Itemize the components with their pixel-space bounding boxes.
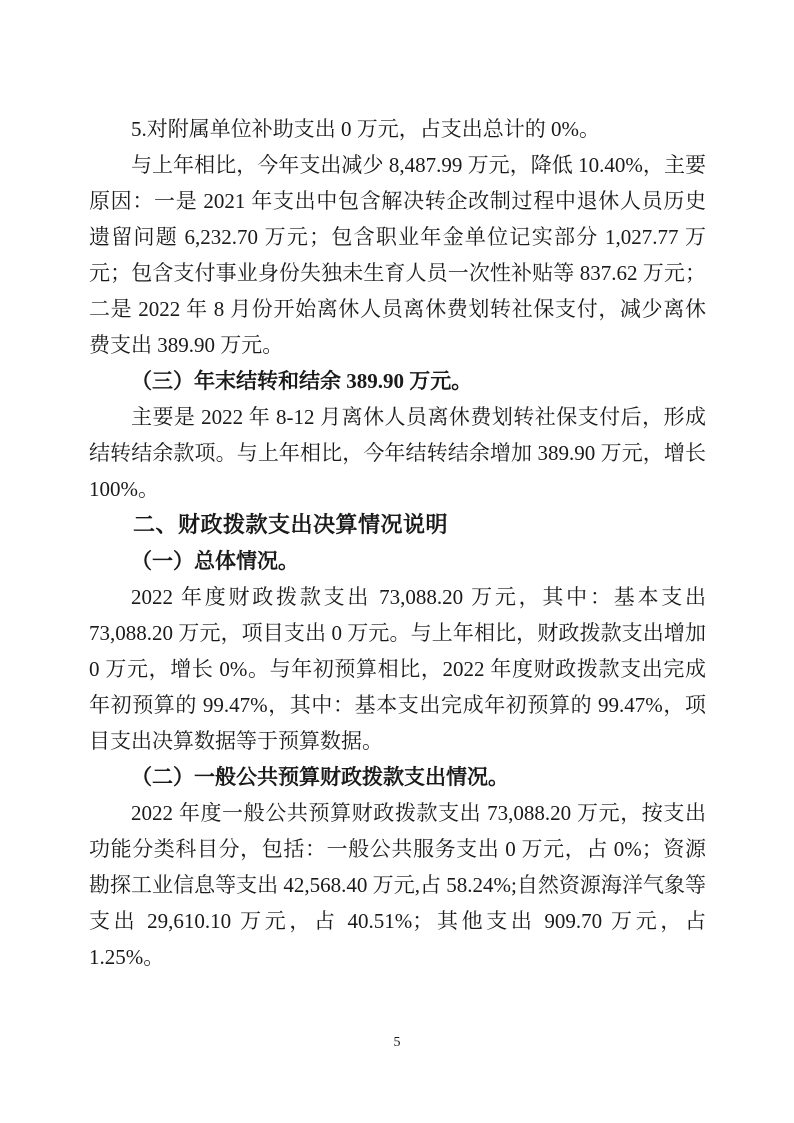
body-paragraph: 5.对附属单位补助支出 0 万元，占支出总计的 0%。	[89, 111, 706, 147]
section-heading: 二、财政拨款支出决算情况说明	[89, 507, 706, 543]
subsection-heading: （三）年末结转和结余 389.90 万元。	[89, 363, 706, 399]
page-footer: 5	[0, 1033, 794, 1053]
document-page: 5.对附属单位补助支出 0 万元，占支出总计的 0%。 与上年相比，今年支出减少…	[0, 0, 794, 1123]
page-number: 5	[394, 1035, 401, 1050]
subsection-heading: （一）总体情况。	[89, 543, 706, 579]
body-paragraph: 主要是 2022 年 8-12 月离休人员离休费划转社保支付后，形成结转结余款项…	[89, 399, 706, 507]
body-paragraph: 2022 年度一般公共预算财政拨款支出 73,088.20 万元，按支出功能分类…	[89, 795, 706, 975]
body-paragraph: 2022 年度财政拨款支出 73,088.20 万元，其中：基本支出 73,08…	[89, 579, 706, 759]
body-paragraph: 与上年相比，今年支出减少 8,487.99 万元，降低 10.40%，主要原因：…	[89, 147, 706, 363]
subsection-heading: （二）一般公共预算财政拨款支出情况。	[89, 759, 706, 795]
document-body: 5.对附属单位补助支出 0 万元，占支出总计的 0%。 与上年相比，今年支出减少…	[89, 111, 706, 975]
